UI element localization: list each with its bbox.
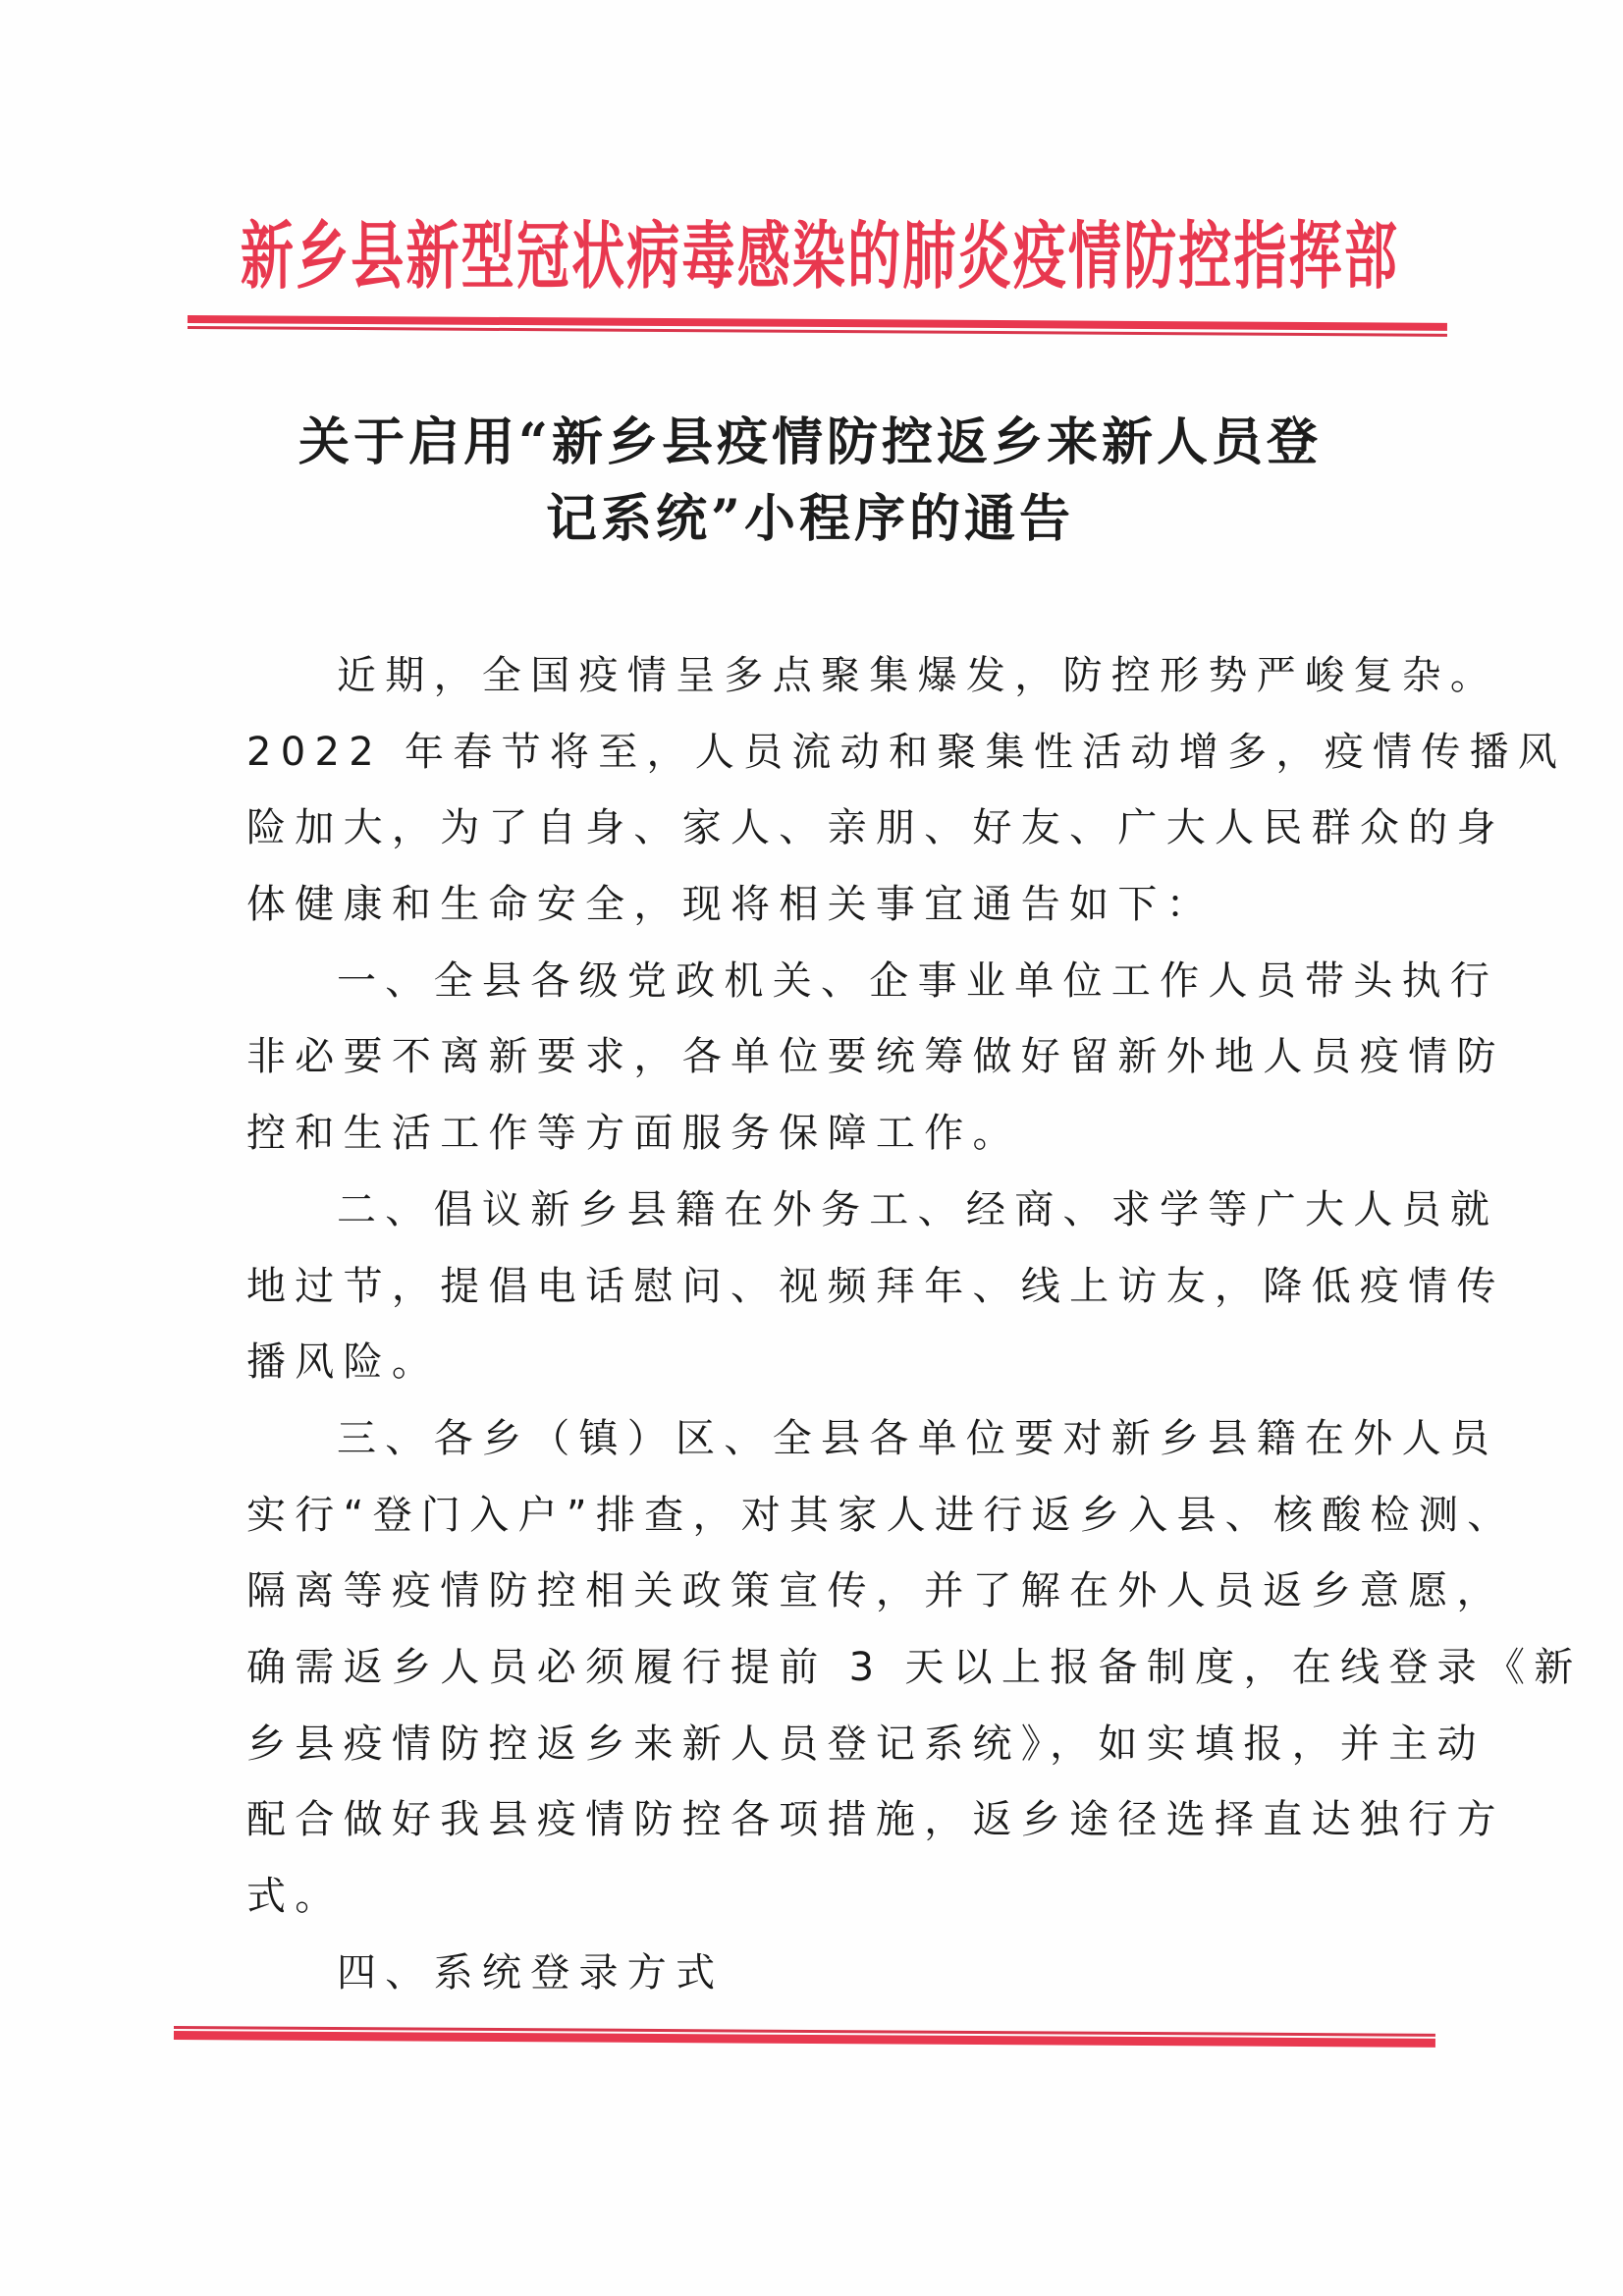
- body-line: 实行“登门入户”排查，对其家人进行返乡入县、核酸检测、: [246, 1478, 1385, 1555]
- body-line: 非必要不离新要求，各单位要统筹做好留新外地人员疫情防: [246, 1019, 1385, 1096]
- notice-body: 近期，全国疫情呈多点聚集爆发，防控形势严峻复杂。 2022 年春节将至，人员流动…: [246, 638, 1385, 2011]
- document-page: 新乡县新型冠状病毒感染的肺炎疫情防控指挥部 关于启用“新乡县疫情防控返乡来新人员…: [0, 0, 1623, 2296]
- body-line: 险加大，为了自身、家人、亲朋、好友、广大人民群众的身: [246, 791, 1385, 867]
- body-line: 二、倡议新乡县籍在外务工、经商、求学等广大人员就: [246, 1173, 1385, 1249]
- body-line: 式。: [246, 1859, 1385, 1936]
- body-line: 配合做好我县疫情防控各项措施，返乡途径选择直达独行方: [246, 1782, 1385, 1859]
- body-line: 一、全县各级党政机关、企事业单位工作人员带头执行: [246, 944, 1385, 1020]
- body-line: 播风险。: [246, 1325, 1385, 1401]
- notice-heading-line-2: 记系统”小程序的通告: [236, 481, 1384, 558]
- masthead-title: 新乡县新型冠状病毒感染的肺炎疫情防控指挥部: [241, 198, 1399, 302]
- notice-heading-line-1: 关于启用“新乡县疫情防控返乡来新人员登: [236, 405, 1384, 481]
- body-line: 乡县疫情防控返乡来新人员登记系统》，如实填报，并主动: [246, 1707, 1385, 1783]
- body-line: 四、系统登录方式: [246, 1936, 1385, 2012]
- body-line: 近期，全国疫情呈多点聚集爆发，防控形势严峻复杂。: [246, 638, 1385, 715]
- body-line: 地过节，提倡电话慰问、视频拜年、线上访友，降低疫情传: [246, 1249, 1385, 1326]
- masthead: 新乡县新型冠状病毒感染的肺炎疫情防控指挥部: [226, 196, 1414, 304]
- body-line: 控和生活工作等方面服务保障工作。: [246, 1096, 1385, 1173]
- body-line: 2022 年春节将至，人员流动和聚集性活动增多，疫情传播风: [246, 715, 1385, 792]
- notice-heading: 关于启用“新乡县疫情防控返乡来新人员登 记系统”小程序的通告: [236, 405, 1384, 558]
- body-line: 确需返乡人员必须履行提前 3 天以上报备制度，在线登录《新: [246, 1630, 1385, 1707]
- body-line: 体健康和生命安全，现将相关事宜通告如下：: [246, 867, 1385, 944]
- body-line: 隔离等疫情防控相关政策宣传，并了解在外人员返乡意愿，: [246, 1554, 1385, 1630]
- body-line: 三、各乡（镇）区、全县各单位要对新乡县籍在外人员: [246, 1401, 1385, 1478]
